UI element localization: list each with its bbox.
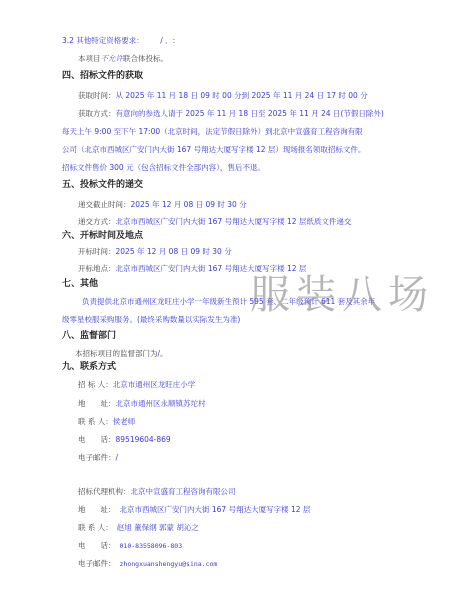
tenderer-email-label: 电子邮件： (78, 453, 116, 462)
tenderer-address-value: 北京市通州区永顺镇苏坨村 (116, 399, 206, 408)
supervision-suffix: 。 (160, 349, 168, 358)
tenderer-contact-value: 侯老师 (113, 417, 136, 426)
acquire-time: 获取时间：从 2025 年 11 月 18 日 09 时 00 分到 2025 … (78, 91, 368, 101)
qualification-value: / ．: (160, 36, 175, 45)
tenderer-contact-label: 联 系 人： (78, 417, 113, 426)
acquire-time-label: 获取时间： (78, 91, 116, 100)
tenderer-name-value: 北京市通州区龙旺庄小学 (113, 380, 196, 389)
consortium-line: 本项目不允许联合体投标。 (78, 54, 168, 64)
tenderer-phone: 电 话：89519604-869 (78, 435, 171, 445)
acquire-method-label: 获取方式： (78, 109, 116, 118)
section6-heading: 六、开标时间及地点 (62, 231, 143, 241)
agency-name-value: 北京中宣盛育工程咨询有限公司 (131, 487, 236, 496)
acquire-method-line2: 每天上午 9:00 至下午 17:00（北京时间，法定节假日除外）到北京中宣盛育… (62, 127, 363, 137)
consortium-prefix: 本项目 (78, 54, 101, 63)
tenderer-email-value: / (116, 453, 119, 462)
other-line2: 级零星校服采购服务。(最终采购数量以实际发生为准) (62, 315, 240, 325)
supervision-line: 本招标项目的监督部门为/。 (75, 349, 168, 359)
tenderer-phone-value: 89519604-869 (116, 435, 171, 444)
agency-phone-label: 电 话： (78, 541, 116, 550)
agency-phone-value: 010-83558096-803 (120, 542, 183, 550)
agency-email: 电子邮件：zhongxuanshengyu@sina.com (78, 559, 217, 569)
agency-email-value[interactable]: zhongxuanshengyu@sina.com (120, 560, 218, 568)
acquire-method-line4: 招标文件售价 300 元（包含招标文件全部内容），售后不退。 (62, 163, 265, 173)
section9-heading: 九、联系方式 (62, 362, 116, 372)
tenderer-name-label: 招 标 人： (78, 380, 113, 389)
qualification-label: 3.2 其他特定资格要求： (62, 36, 144, 45)
consortium-value: 不允许 (101, 54, 124, 63)
agency-address-value: 北京市西城区广安门内大街 167 号翔达大厦写字楼 12 层 (120, 505, 311, 514)
agency-address-label: 地 址： (78, 505, 116, 514)
section4-heading: 四、招标文件的获取 (62, 71, 143, 81)
acquire-method-line1: 有意向的参选人请于 2025 年 11 月 18 日至 2025 年 11 月 … (116, 109, 384, 118)
tenderer-address: 地 址：北京市通州区永顺镇苏坨村 (78, 399, 206, 409)
opening-time-value: 2025 年 12 月 08 日 09 时 30 分 (116, 247, 232, 256)
agency-name: 招标代理机构：北京中宣盛育工程咨询有限公司 (78, 487, 236, 497)
tenderer-name: 招 标 人：北京市通州区龙旺庄小学 (78, 380, 195, 390)
tenderer-phone-label: 电 话： (78, 435, 116, 444)
submit-deadline-value: 2025 年 12 月 08 日 09 时 30 分 (131, 200, 247, 209)
acquire-method: 获取方式：有意向的参选人请于 2025 年 11 月 18 日至 2025 年 … (78, 109, 384, 119)
agency-name-label: 招标代理机构： (78, 487, 131, 496)
opening-place-label: 开标地点： (78, 264, 116, 273)
tenderer-contact: 联 系 人：侯老师 (78, 417, 135, 427)
tenderer-address-label: 地 址： (78, 399, 116, 408)
submit-deadline-label: 递交截止时间： (78, 200, 131, 209)
supervision-prefix: 本招标项目的监督部门为 (75, 349, 158, 358)
acquire-time-value: 从 2025 年 11 月 18 日 09 时 00 分到 2025 年 11 … (116, 91, 368, 100)
tenderer-email: 电子邮件：/ (78, 453, 118, 463)
submit-method-label: 递交方式： (78, 217, 116, 226)
opening-time-label: 开标时间： (78, 247, 116, 256)
watermark: 服装八场 (250, 263, 434, 320)
submit-deadline: 递交截止时间：2025 年 12 月 08 日 09 时 30 分 (78, 200, 247, 210)
section-3-2: 3.2 其他特定资格要求： / ．: (62, 36, 175, 46)
section5-heading: 五、投标文件的递交 (62, 180, 143, 190)
consortium-suffix: 联合体投标。 (123, 54, 168, 63)
submit-method-value: 北京市西城区广安门内大街 167 号翔达大厦写字楼 12 层纸质文件递交 (116, 217, 352, 226)
acquire-method-line3: 公司（北京市西城区广安门内大街 167 号翔达大厦写字楼 12 层）现场报名领取… (62, 145, 365, 155)
agency-contact: 联 系 人：赵旭 董保纲 郭蒙 胡沁之 (78, 523, 199, 533)
section8-heading: 八、监督部门 (62, 331, 116, 341)
agency-address: 地 址：北京市西城区广安门内大街 167 号翔达大厦写字楼 12 层 (78, 505, 310, 515)
agency-email-label: 电子邮件： (78, 559, 116, 568)
agency-phone: 电 话：010-83558096-803 (78, 541, 182, 551)
submit-method: 递交方式：北京市西城区广安门内大街 167 号翔达大厦写字楼 12 层纸质文件递… (78, 217, 351, 227)
section7-heading: 七、其他 (62, 279, 98, 289)
opening-time: 开标时间：2025 年 12 月 08 日 09 时 30 分 (78, 247, 232, 257)
agency-contact-value: 赵旭 董保纲 郭蒙 胡沁之 (117, 523, 199, 532)
agency-contact-label: 联 系 人： (78, 523, 113, 532)
